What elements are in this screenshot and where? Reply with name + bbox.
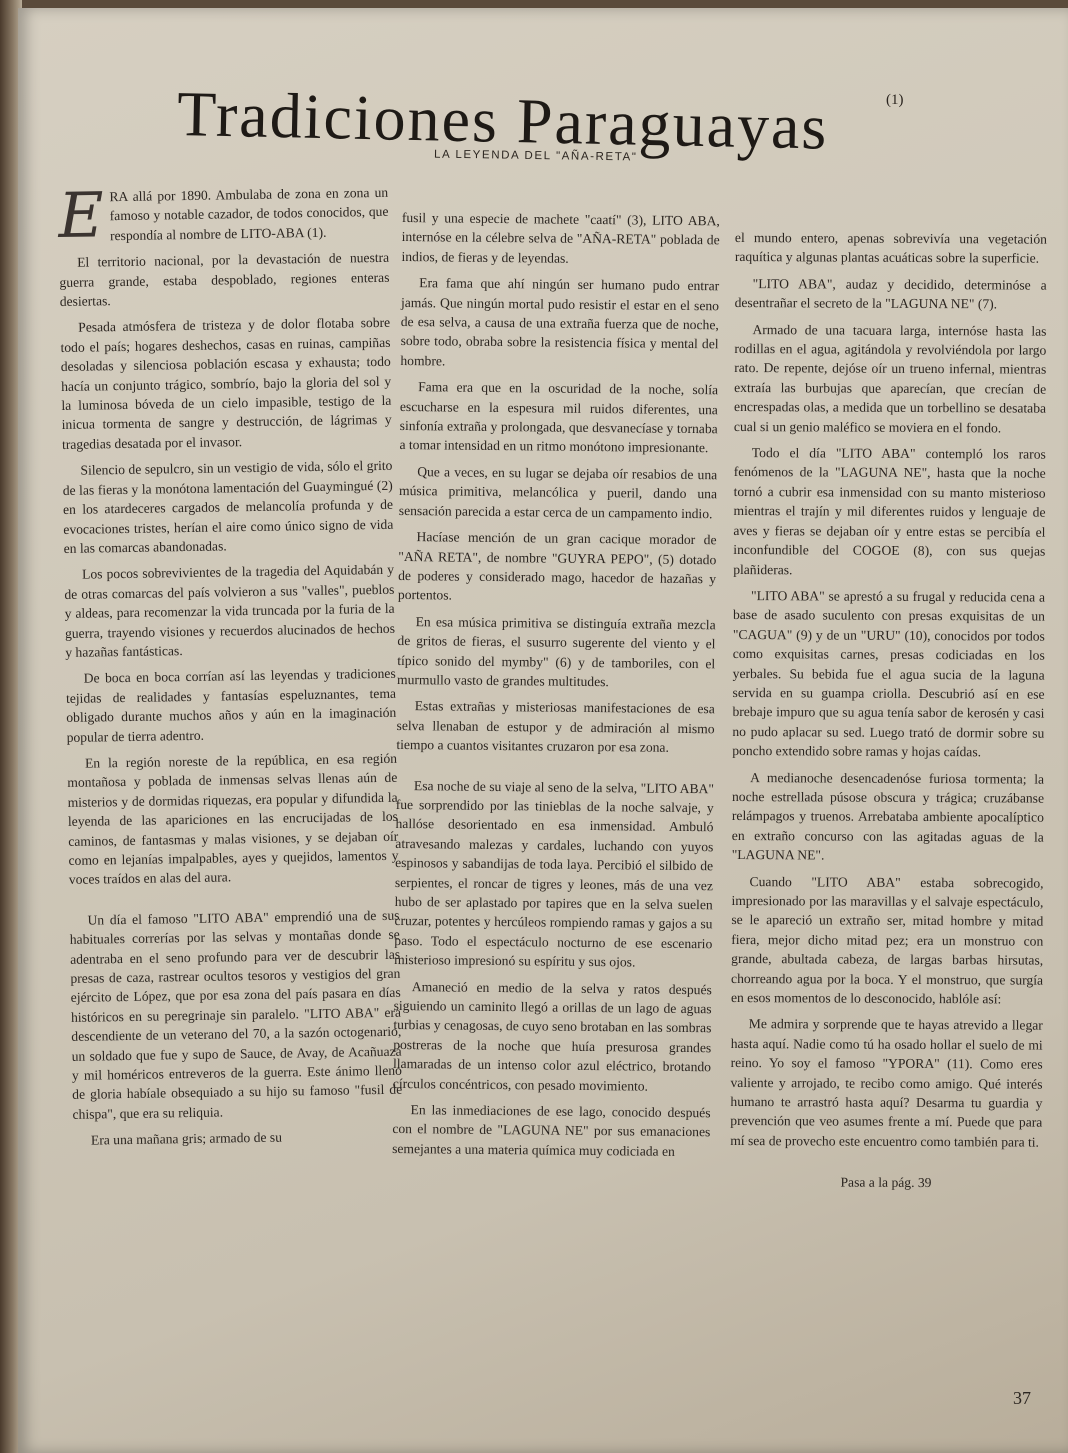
title-footnote-marker: (1) — [886, 92, 904, 109]
paragraph: Fama era que en la oscuridad de la noche… — [399, 377, 718, 458]
continued-on-page: Pasa a la pág. 39 — [730, 1172, 1042, 1193]
paragraph: ERA allá por 1890. Ambulaba de zona en z… — [58, 183, 389, 246]
paragraph: "LITO ABA" se aprestó a su frugal y redu… — [732, 586, 1045, 762]
paragraph: Que a veces, en su lugar se dejaba oír r… — [399, 462, 718, 524]
paragraph: Pesada atmósfera de tristeza y de dolor … — [60, 313, 392, 454]
paragraph: "LITO ABA", audaz y decidido, determinós… — [735, 274, 1047, 314]
paragraph: Silencio de sepulcro, sin un vestigio de… — [62, 456, 393, 558]
paragraph: Armado de una tacuara larga, internóse h… — [734, 320, 1047, 438]
paragraph: De boca en boca corrían así las leyendas… — [66, 664, 397, 747]
paragraph: En las inmediaciones de ese lago, conoci… — [392, 1100, 711, 1162]
paragraph: Un día el famoso "LITO ABA" emprendió un… — [69, 906, 402, 1125]
text-column-1: ERA allá por 1890. Ambulaba de zona en z… — [58, 183, 403, 1158]
paragraph: Era fama que ahí ningún ser humano pudo … — [400, 273, 719, 373]
page-number: 37 — [1013, 1388, 1031, 1409]
paragraph: Me admira y sorprende que te hayas atrev… — [730, 1014, 1043, 1151]
paragraph: Esa noche de su viaje al seno de la selv… — [394, 776, 714, 973]
paragraph: el mundo entero, apenas sobrevivía una v… — [735, 228, 1047, 268]
paragraph: fusil y una especie de machete "caatí" (… — [401, 208, 720, 270]
paragraph: Estas extrañas y misteriosas manifestaci… — [396, 696, 715, 758]
text-column-2: fusil y una especie de machete "caatí" (… — [392, 208, 720, 1169]
paragraph: Todo el día "LITO ABA" contempló los rar… — [733, 443, 1046, 580]
paragraph: Los pocos sobrevivientes de la tragedia … — [64, 560, 395, 662]
text-column-3: el mundo entero, apenas sobrevivía una v… — [730, 228, 1047, 1193]
paragraph: En esa música primitiva se distinguía ex… — [397, 612, 716, 693]
paragraph: En la región noreste de la república, en… — [67, 749, 399, 890]
paragraph: A medianoche desencadenóse furiosa torme… — [732, 768, 1045, 867]
drop-cap: E — [58, 187, 104, 244]
paragraph: Amaneció en medio de la selva y ratos de… — [393, 977, 712, 1097]
paragraph: Era una mañana gris; armado de su — [73, 1126, 403, 1151]
paragraph: Cuando "LITO ABA" estaba sobrecogido, im… — [731, 872, 1044, 1009]
paragraph: Hacíase mención de un gran cacique morad… — [398, 527, 717, 608]
paragraph: El territorio nacional, por la devastaci… — [59, 248, 390, 311]
